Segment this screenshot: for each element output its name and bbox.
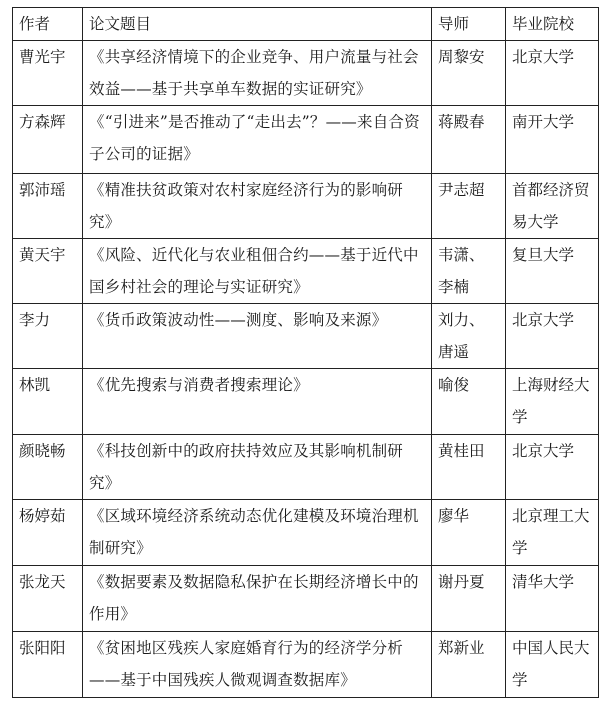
table-row: 颜晓畅 《科技创新中的政府扶持效应及其影响机制研究》 黄桂田 北京大学 [13,435,599,500]
school-cell: 南开大学 [506,106,599,174]
author-cell: 杨婷茹 [13,500,83,566]
title-cell: 《精准扶贫政策对农村家庭经济行为的影响研究》 [83,174,432,239]
advisor-cell: 黄桂田 [432,435,506,500]
header-author: 作者 [13,8,83,41]
advisor-cell: 蒋殿春 [432,106,506,174]
header-row: 作者 论文题目 导师 毕业院校 [13,8,599,41]
table-row: 李力 《货币政策波动性——测度、影响及来源》 刘力、唐遥 北京大学 [13,304,599,369]
header-title: 论文题目 [83,8,432,41]
table-row: 方森辉 《“引进来”是否推动了“走出去”？——来自合资子公司的证据》 蒋殿春 南… [13,106,599,174]
author-cell: 张阳阳 [13,632,83,698]
table-row: 张阳阳 《贫困地区残疾人家庭婚育行为的经济学分析——基于中国残疾人微观调查数据库… [13,632,599,698]
school-cell: 首都经济贸易大学 [506,174,599,239]
advisor-cell: 尹志超 [432,174,506,239]
author-cell: 方森辉 [13,106,83,174]
table-row: 郭沛瑶 《精准扶贫政策对农村家庭经济行为的影响研究》 尹志超 首都经济贸易大学 [13,174,599,239]
author-cell: 黄天宇 [13,239,83,304]
school-cell: 清华大学 [506,566,599,632]
advisor-cell: 周黎安 [432,41,506,106]
author-cell: 颜晓畅 [13,435,83,500]
table-row: 林凯 《优先搜索与消费者搜索理论》 喻俊 上海财经大学 [13,369,599,435]
school-cell: 中国人民大学 [506,632,599,698]
author-cell: 张龙天 [13,566,83,632]
advisor-cell: 谢丹夏 [432,566,506,632]
thesis-table: 作者 论文题目 导师 毕业院校 曹光宇 《共享经济情境下的企业竞争、用户流量与社… [12,7,599,698]
title-cell: 《区域环境经济系统动态优化建模及环境治理机制研究》 [83,500,432,566]
table-row: 杨婷茹 《区域环境经济系统动态优化建模及环境治理机制研究》 廖华 北京理工大学 [13,500,599,566]
school-cell: 复旦大学 [506,239,599,304]
title-cell: 《贫困地区残疾人家庭婚育行为的经济学分析——基于中国残疾人微观调查数据库》 [83,632,432,698]
title-cell: 《“引进来”是否推动了“走出去”？——来自合资子公司的证据》 [83,106,432,174]
advisor-cell: 刘力、唐遥 [432,304,506,369]
school-cell: 北京大学 [506,304,599,369]
title-cell: 《货币政策波动性——测度、影响及来源》 [83,304,432,369]
advisor-cell: 喻俊 [432,369,506,435]
author-cell: 曹光宇 [13,41,83,106]
table-row: 张龙天 《数据要素及数据隐私保护在长期经济增长中的作用》 谢丹夏 清华大学 [13,566,599,632]
title-cell: 《共享经济情境下的企业竞争、用户流量与社会效益——基于共享单车数据的实证研究》 [83,41,432,106]
author-cell: 林凯 [13,369,83,435]
table-row: 黄天宇 《风险、近代化与农业租佃合约——基于近代中国乡村社会的理论与实证研究》 … [13,239,599,304]
header-advisor: 导师 [432,8,506,41]
title-cell: 《风险、近代化与农业租佃合约——基于近代中国乡村社会的理论与实证研究》 [83,239,432,304]
advisor-cell: 韦潇、李楠 [432,239,506,304]
title-cell: 《优先搜索与消费者搜索理论》 [83,369,432,435]
school-cell: 北京理工大学 [506,500,599,566]
school-cell: 上海财经大学 [506,369,599,435]
title-cell: 《数据要素及数据隐私保护在长期经济增长中的作用》 [83,566,432,632]
author-cell: 郭沛瑶 [13,174,83,239]
school-cell: 北京大学 [506,41,599,106]
author-cell: 李力 [13,304,83,369]
school-cell: 北京大学 [506,435,599,500]
table-row: 曹光宇 《共享经济情境下的企业竞争、用户流量与社会效益——基于共享单车数据的实证… [13,41,599,106]
advisor-cell: 郑新业 [432,632,506,698]
advisor-cell: 廖华 [432,500,506,566]
title-cell: 《科技创新中的政府扶持效应及其影响机制研究》 [83,435,432,500]
header-school: 毕业院校 [506,8,599,41]
